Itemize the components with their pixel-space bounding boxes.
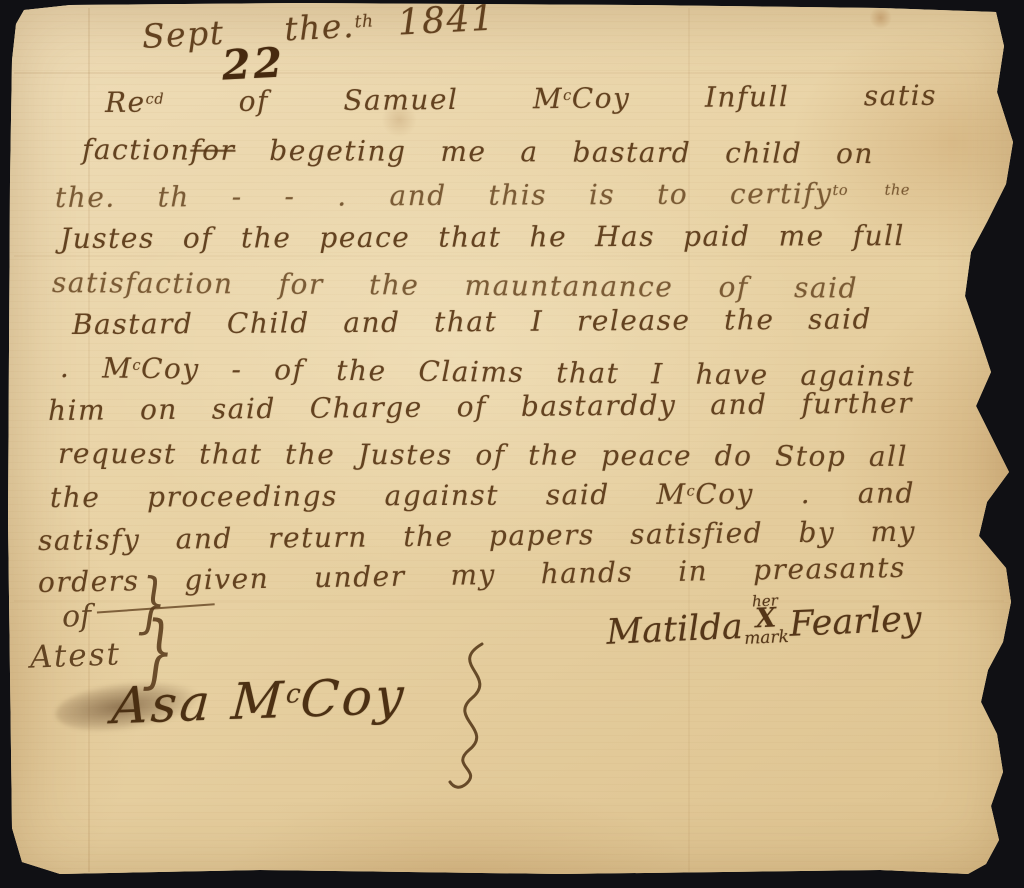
text-fragment: Coy — [572, 81, 631, 115]
manuscript-line-certify: the. th - - . and this is to certifyto t… — [55, 177, 910, 214]
text-fragment: Asa M — [110, 671, 288, 735]
text-fragment: Infull satis — [705, 79, 937, 114]
signature-last-name: Fearley — [788, 599, 922, 645]
text-fragment: . M — [60, 351, 133, 385]
text-fragment: the. th - - . and this is to certify — [55, 177, 833, 214]
date-month: Sept — [141, 13, 225, 56]
date-article: the. — [283, 6, 355, 49]
superscript-mc: c — [563, 87, 572, 104]
mark-label: mark — [744, 629, 789, 648]
struck-word: for — [190, 134, 235, 167]
manuscript-line-satisfy: satisfy and return the papers satisfied … — [38, 515, 916, 557]
date-year: 1841 — [397, 0, 497, 44]
text-fragment: Re — [105, 86, 146, 119]
fold-crease-horizontal-top — [14, 72, 1004, 74]
document-scan: Septthe.th1841 22 Recd of Samuel McCoy I… — [0, 0, 1024, 888]
text-fragment: faction — [82, 133, 191, 167]
superscript-mc: c — [132, 357, 141, 374]
date-ordinal: th — [354, 11, 374, 32]
her-mark-cross: herXmark — [742, 593, 789, 648]
date-day: 22 — [221, 38, 286, 89]
signature-matilda-fearley: MatildaherXmarkFearley — [605, 587, 923, 654]
superscript-to-the: to the — [832, 182, 910, 199]
text-fragment: begeting me a bastard child on — [269, 134, 874, 170]
fold-crease-horizontal-middle — [14, 255, 1004, 257]
manuscript-line-justes: Justes of the peace that he Has paid me … — [60, 219, 905, 255]
text-fragment: Coy . and — [695, 476, 915, 510]
signature-first-name: Matilda — [606, 607, 744, 653]
witness-attest-label: Atest — [29, 636, 121, 675]
text-fragment: of Samuel M — [239, 82, 564, 118]
witness-of-label: of — [61, 599, 91, 635]
manuscript-line-received: Recd of Samuel McCoy Infull satis — [105, 79, 937, 119]
paper-sheet: Septthe.th1841 22 Recd of Samuel McCoy I… — [0, 0, 1024, 888]
text-fragment: the proceedings against said M — [50, 478, 687, 514]
superscript-recd: cd — [146, 90, 165, 107]
signature-flourish-stroke — [424, 638, 504, 793]
manuscript-line-proceedings: the proceedings against said McCoy . and — [50, 476, 915, 514]
signature-asa-mccoy: Asa McCoy — [110, 667, 408, 735]
manuscript-line-request: request that the Justes of the peace do … — [58, 437, 908, 473]
manuscript-line-faction: factionfor begeting me a bastard child o… — [82, 133, 874, 170]
manuscript-line-satisfaction: satisfaction for the mauntanance of said — [52, 266, 858, 305]
manuscript-line-charge: him on said Charge of bastarddy and furt… — [48, 386, 913, 427]
manuscript-line-bastard-child: Bastard Child and that I release the sai… — [72, 302, 872, 341]
date-line: Septthe.th1841 — [141, 0, 496, 57]
text-fragment: Coy — [299, 667, 409, 729]
